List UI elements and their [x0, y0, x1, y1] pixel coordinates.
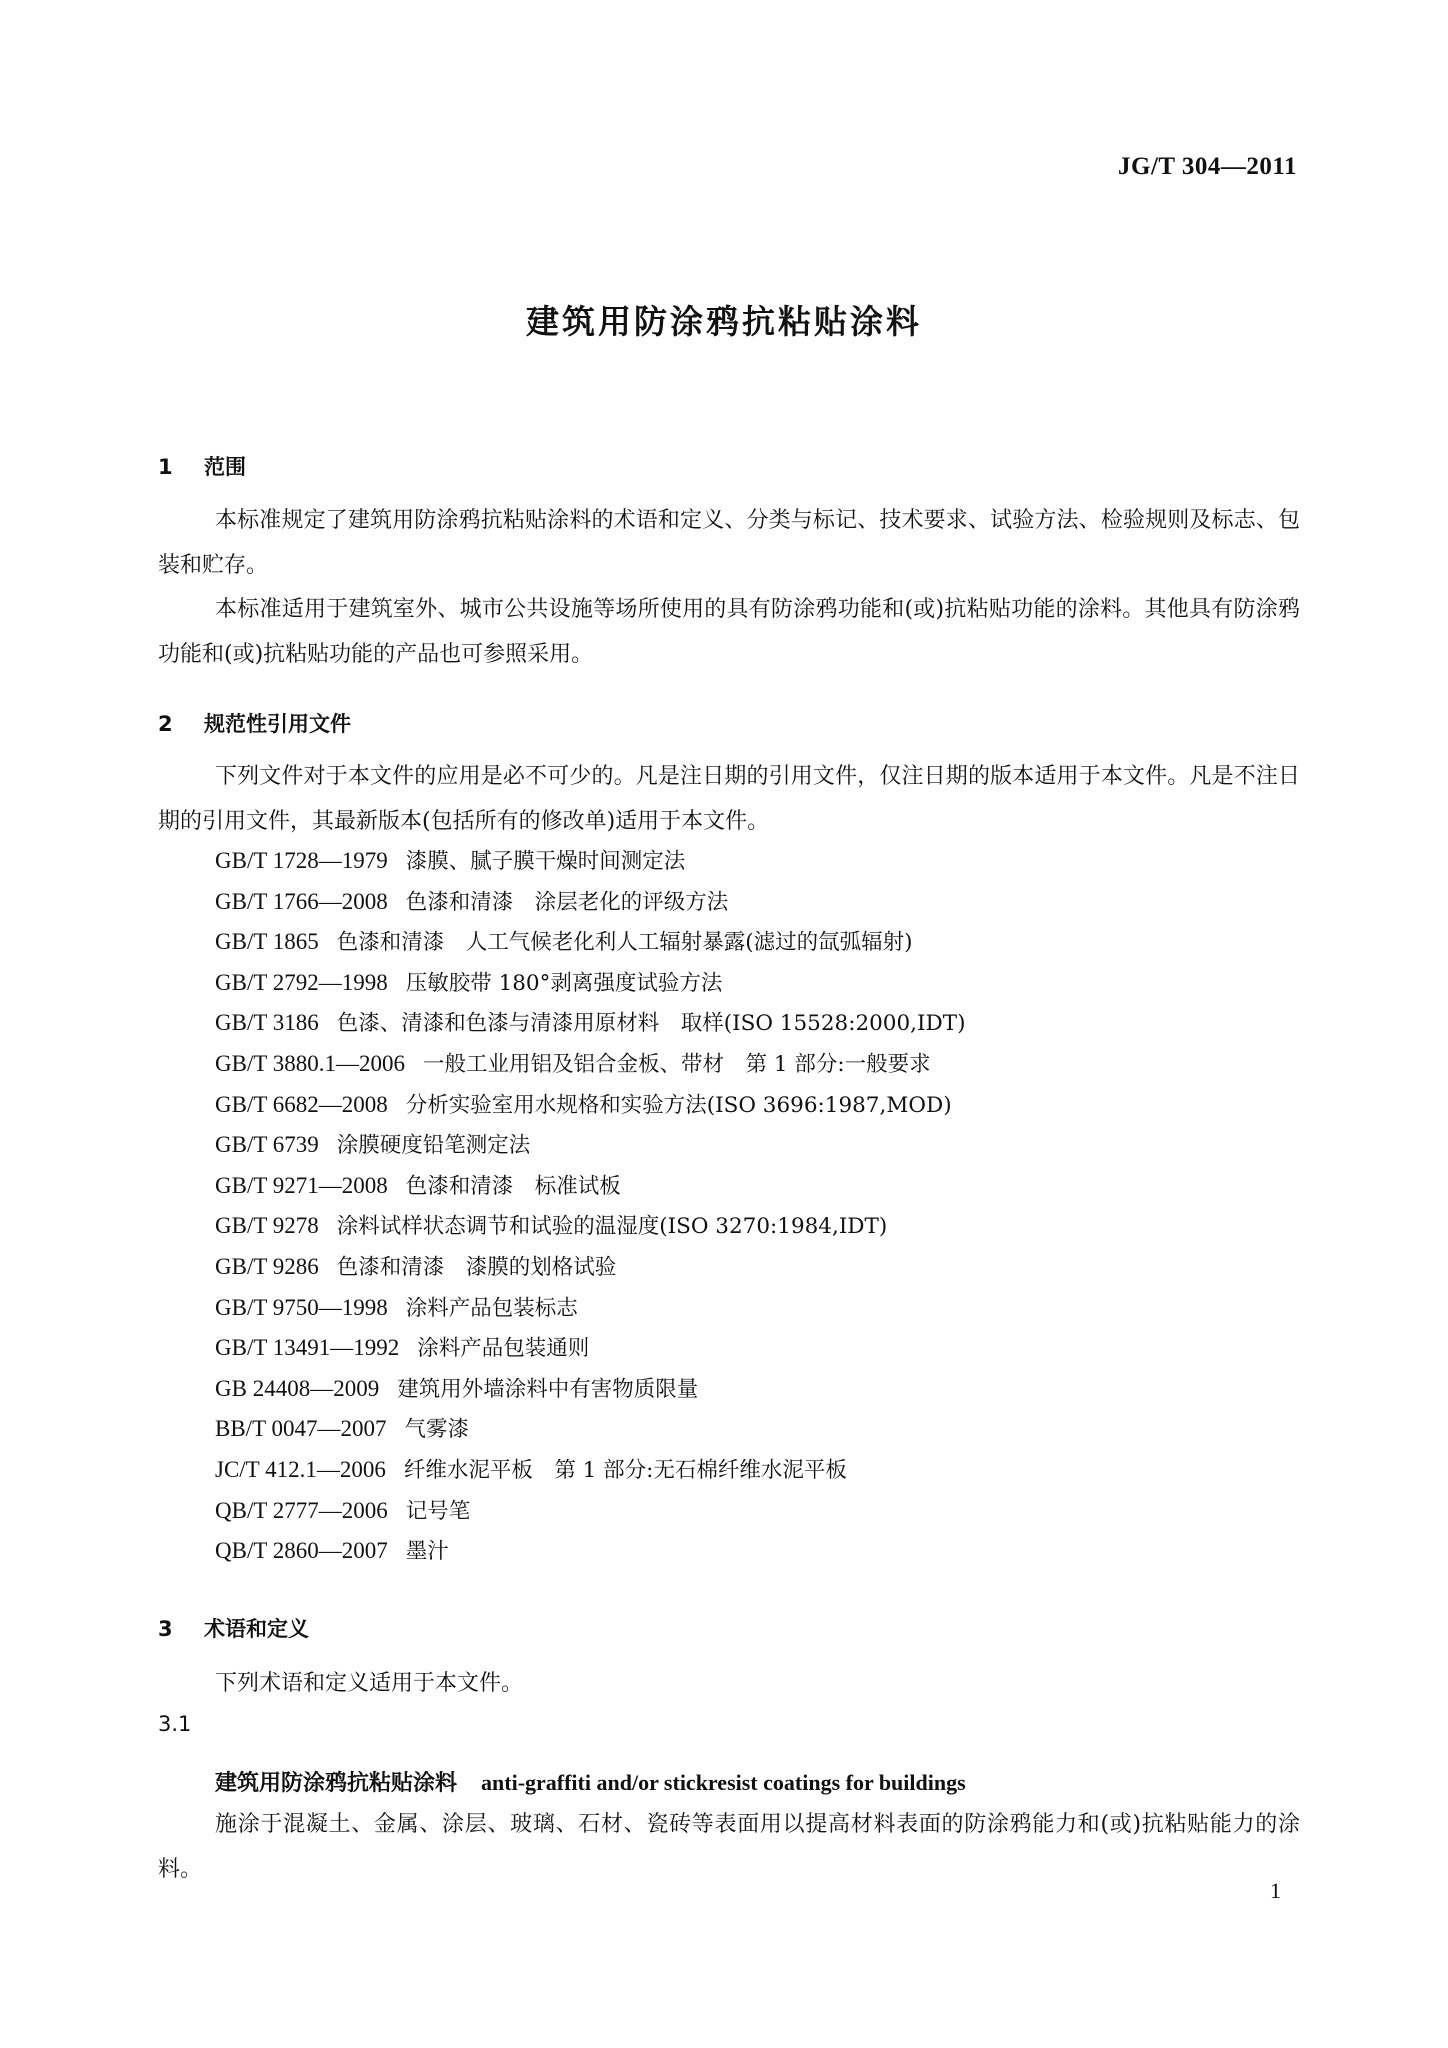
reference-code: GB/T 9750—1998 — [215, 1295, 388, 1320]
section-3-intro: 下列术语和定义适用于本文件。 — [158, 1662, 1300, 1707]
reference-item: QB/T 2777—2006记号笔 — [215, 1491, 965, 1532]
reference-item: GB/T 13491—1992涂料产品包装通则 — [215, 1328, 965, 1369]
reference-title: 涂料产品包装标志 — [406, 1296, 578, 1321]
reference-item: GB/T 9278涂料试样状态调节和试验的温湿度(ISO 3270:1984,I… — [215, 1206, 965, 1247]
reference-title: 纤维水泥平板 第 1 部分:无石棉纤维水泥平板 — [404, 1458, 847, 1483]
reference-title: 色漆和清漆 人工气候老化利人工辐射暴露(滤过的氙弧辐射) — [337, 930, 913, 955]
reference-title: 压敏胶带 180°剥离强度试验方法 — [406, 971, 723, 996]
paragraph: 施涂于混凝土、金属、涂层、玻璃、石材、瓷砖等表面用以提高材料表面的防涂鸦能力和(… — [158, 1803, 1300, 1892]
reference-title: 分析实验室用水规格和实验方法(ISO 3696:1987,MOD) — [406, 1093, 952, 1118]
reference-title: 色漆和清漆 涂层老化的评级方法 — [406, 890, 729, 915]
reference-item: GB 24408—2009建筑用外墙涂料中有害物质限量 — [215, 1369, 965, 1410]
reference-code: GB 24408—2009 — [215, 1376, 379, 1401]
normative-reference-list: GB/T 1728—1979漆膜、腻子膜干燥时间测定法 GB/T 1766—20… — [215, 841, 965, 1572]
reference-code: GB/T 9286 — [215, 1254, 319, 1279]
term-english: anti-graffiti and/or stickresist coating… — [481, 1770, 966, 1795]
reference-code: GB/T 1865 — [215, 929, 319, 954]
reference-item: GB/T 6739涂膜硬度铅笔测定法 — [215, 1125, 965, 1166]
reference-title: 漆膜、腻子膜干燥时间测定法 — [406, 849, 686, 874]
standard-code: JG/T 304—2011 — [1118, 153, 1297, 181]
clause-number: 3.1 — [158, 1712, 191, 1736]
section-1-body: 本标准规定了建筑用防涂鸦抗粘贴涂料的术语和定义、分类与标记、技术要求、试验方法、… — [158, 499, 1300, 677]
reference-item: JC/T 412.1—2006纤维水泥平板 第 1 部分:无石棉纤维水泥平板 — [215, 1450, 965, 1491]
paragraph: 下列术语和定义适用于本文件。 — [158, 1662, 1300, 1707]
reference-code: JC/T 412.1—2006 — [215, 1457, 386, 1482]
reference-title: 墨汁 — [406, 1539, 449, 1564]
reference-code: GB/T 1728—1979 — [215, 848, 388, 873]
reference-code: BB/T 0047—2007 — [215, 1416, 386, 1441]
reference-title: 涂料产品包装通则 — [417, 1336, 589, 1361]
page-number: 1 — [1270, 1878, 1281, 1904]
reference-item: QB/T 2860—2007墨汁 — [215, 1531, 965, 1572]
reference-title: 记号笔 — [406, 1499, 471, 1524]
reference-item: GB/T 1766—2008色漆和清漆 涂层老化的评级方法 — [215, 882, 965, 923]
reference-item: GB/T 9271—2008色漆和清漆 标准试板 — [215, 1166, 965, 1207]
reference-item: GB/T 3880.1—2006一般工业用铝及铝合金板、带材 第 1 部分:一般… — [215, 1044, 965, 1085]
section-number: 3 — [158, 1617, 204, 1641]
term-entry: 建筑用防涂鸦抗粘贴涂料anti-graffiti and/or stickres… — [215, 1766, 966, 1797]
section-title: 规范性引用文件 — [204, 712, 351, 736]
reference-title: 色漆和清漆 漆膜的划格试验 — [337, 1255, 617, 1280]
section-title: 范围 — [204, 455, 246, 479]
reference-code: GB/T 9271—2008 — [215, 1173, 388, 1198]
document-title: 建筑用防涂鸦抗粘贴涂料 — [0, 296, 1448, 343]
reference-code: QB/T 2860—2007 — [215, 1538, 388, 1563]
section-3-heading: 3术语和定义 — [158, 1613, 309, 1643]
section-1-heading: 1范围 — [158, 451, 246, 481]
section-title: 术语和定义 — [204, 1617, 309, 1641]
reference-code: GB/T 6739 — [215, 1132, 319, 1157]
paragraph: 下列文件对于本文件的应用是必不可少的。凡是注日期的引用文件，仅注日期的版本适用于… — [158, 755, 1300, 844]
reference-item: GB/T 9286色漆和清漆 漆膜的划格试验 — [215, 1247, 965, 1288]
term-chinese: 建筑用防涂鸦抗粘贴涂料 — [215, 1770, 457, 1796]
section-2-intro: 下列文件对于本文件的应用是必不可少的。凡是注日期的引用文件，仅注日期的版本适用于… — [158, 755, 1300, 844]
reference-code: GB/T 6682—2008 — [215, 1092, 388, 1117]
reference-code: GB/T 2792—1998 — [215, 970, 388, 995]
reference-title: 涂料试样状态调节和试验的温湿度(ISO 3270:1984,IDT) — [337, 1214, 888, 1239]
reference-title: 一般工业用铝及铝合金板、带材 第 1 部分:一般要求 — [423, 1052, 931, 1077]
paragraph: 本标准规定了建筑用防涂鸦抗粘贴涂料的术语和定义、分类与标记、技术要求、试验方法、… — [158, 499, 1300, 588]
reference-code: GB/T 3186 — [215, 1010, 319, 1035]
section-number: 1 — [158, 455, 204, 479]
reference-item: BB/T 0047—2007气雾漆 — [215, 1409, 965, 1450]
section-number: 2 — [158, 712, 204, 736]
reference-code: GB/T 1766—2008 — [215, 889, 388, 914]
reference-item: GB/T 3186色漆、清漆和色漆与清漆用原材料 取样(ISO 15528:20… — [215, 1003, 965, 1044]
reference-title: 色漆、清漆和色漆与清漆用原材料 取样(ISO 15528:2000,IDT) — [337, 1011, 966, 1036]
reference-code: GB/T 13491—1992 — [215, 1335, 399, 1360]
reference-item: GB/T 1728—1979漆膜、腻子膜干燥时间测定法 — [215, 841, 965, 882]
reference-code: QB/T 2777—2006 — [215, 1498, 388, 1523]
reference-title: 气雾漆 — [404, 1417, 469, 1442]
reference-code: GB/T 9278 — [215, 1213, 319, 1238]
reference-code: GB/T 3880.1—2006 — [215, 1051, 405, 1076]
section-2-heading: 2规范性引用文件 — [158, 708, 351, 738]
reference-item: GB/T 1865色漆和清漆 人工气候老化利人工辐射暴露(滤过的氙弧辐射) — [215, 922, 965, 963]
reference-title: 建筑用外墙涂料中有害物质限量 — [397, 1377, 698, 1402]
reference-title: 涂膜硬度铅笔测定法 — [337, 1133, 531, 1158]
reference-item: GB/T 9750—1998涂料产品包装标志 — [215, 1288, 965, 1329]
term-definition: 施涂于混凝土、金属、涂层、玻璃、石材、瓷砖等表面用以提高材料表面的防涂鸦能力和(… — [158, 1803, 1300, 1892]
reference-item: GB/T 6682—2008分析实验室用水规格和实验方法(ISO 3696:19… — [215, 1085, 965, 1126]
paragraph: 本标准适用于建筑室外、城市公共设施等场所使用的具有防涂鸦功能和(或)抗粘贴功能的… — [158, 588, 1300, 677]
reference-title: 色漆和清漆 标准试板 — [406, 1174, 621, 1199]
reference-item: GB/T 2792—1998压敏胶带 180°剥离强度试验方法 — [215, 963, 965, 1004]
